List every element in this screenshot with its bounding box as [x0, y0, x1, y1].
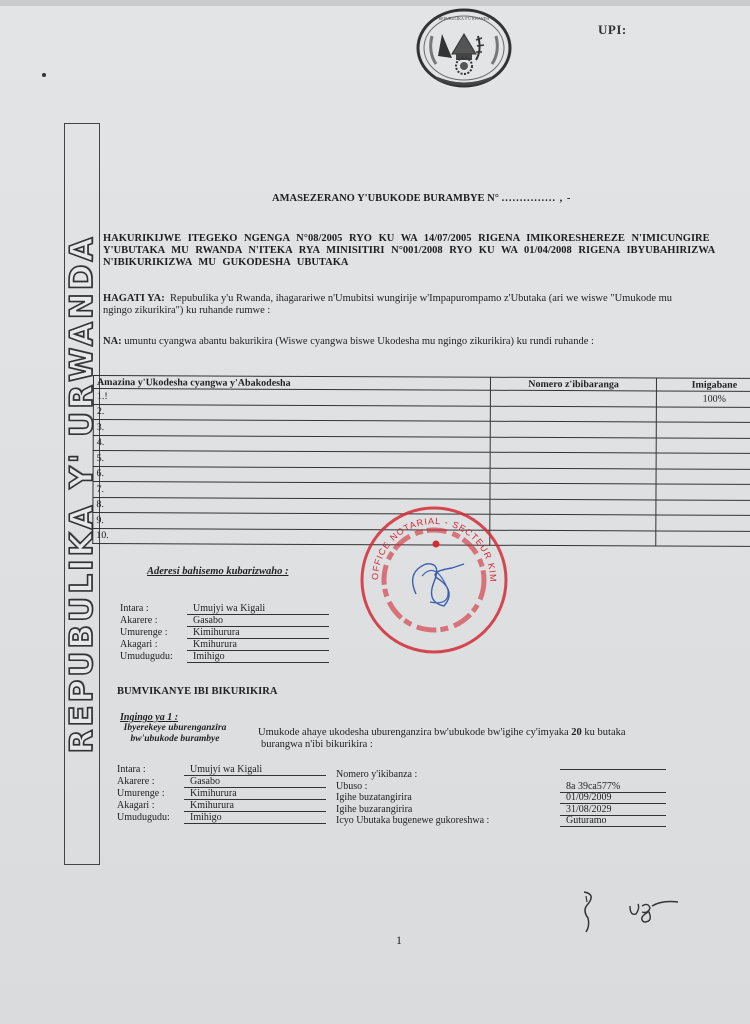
law-line-1: HAKURIKIJWE ITEGEKO NGENGA N°08/2005 RYO… [103, 233, 750, 245]
article-subtitle: Ibyerekeye uburenganzira bw'ubukode bura… [110, 723, 240, 745]
svg-text:REPUBULIKA Y'U RWANDA: REPUBULIKA Y'U RWANDA [439, 16, 490, 21]
land-detail-field-label: Nomero y'ikibanza : [336, 769, 417, 780]
notary-stamp-icon: OFFICE NOTARIAL - SECTEUR KIMIHURURA [356, 502, 512, 658]
document-title: AMASEZERANO Y'UBUKODE BURAMBYE N° ......… [272, 193, 571, 204]
header-id-numbers: Nomero z'ibibaranga [491, 377, 657, 391]
party-lessor: HAGATI YA: Repubulika y'u Rwanda, ihagar… [103, 293, 750, 317]
land-location-field-label: Umurenge : [117, 788, 165, 799]
header-shares: Imigabane [656, 378, 750, 392]
owner-id-cell [490, 499, 656, 515]
svg-text:OFFICE NOTARIAL - SECTEUR KIMI: OFFICE NOTARIAL - SECTEUR KIMIHURURA [356, 502, 498, 583]
owner-id-cell [490, 530, 656, 546]
land-location-field-label: Umudugudu: [117, 812, 170, 823]
law-line-2: Y'UBUTAKA MU RWANDA N'ITEKA RYA MINISITI… [103, 245, 750, 257]
land-detail-field-value: Guturamo [560, 815, 666, 827]
law-line-3: N'IBIKURIKIZWA MU GUKODESHA UBUTAKA [103, 257, 750, 269]
land-detail-field-label: Icyo Ubutaka bugenewe gukoreshwa : [336, 815, 489, 826]
owner-share-cell [656, 437, 750, 453]
na-label: NA: [103, 336, 122, 347]
title-text: AMASEZERANO Y'UBUKODE BURAMBYE N° [272, 193, 499, 204]
owner-name-cell: 3. [93, 420, 490, 437]
land-detail-field-label: Igihe buzatangirira [336, 792, 412, 803]
stamp-text: OFFICE NOTARIAL - SECTEUR KIMIHURURA [356, 502, 498, 583]
address-title: Aderesi bahisemo kubarizwaho : [147, 566, 288, 577]
address-field-label: Akagari : [120, 639, 158, 650]
owner-share-cell [656, 453, 750, 469]
article-clause: Umukode ahaye ukodesha uburenganzira bw'… [258, 727, 678, 751]
owner-name-cell: 4. [93, 435, 490, 452]
address-field-label: Umurenge : [120, 627, 168, 638]
hagati-text-2: ngingo zikurikira") ku ruhande rumwe : [103, 305, 750, 317]
owner-share-cell: 100% [656, 391, 750, 407]
rwanda-coat-of-arms-icon: REPUBULIKA Y'U RWANDA [414, 6, 514, 94]
punch-mark [42, 73, 46, 77]
owner-name-cell: 7. [93, 482, 490, 499]
handwritten-initials-icon [578, 888, 688, 938]
owner-id-cell [490, 483, 656, 499]
land-location-field-label: Akarere : [117, 776, 154, 787]
address-field-value: Gasabo [187, 615, 329, 627]
address-field-value: Kmihurura [187, 639, 329, 651]
land-location-field-value: Kmihurura [184, 800, 326, 812]
owner-share-cell [656, 468, 750, 484]
address-field-label: Intara : [120, 603, 149, 614]
land-detail-field-value: 31/08/2029 [560, 804, 666, 816]
hagati-label: HAGATI YA: [103, 293, 165, 304]
land-location-field-value: Imihigo [184, 812, 326, 824]
owner-share-cell [656, 515, 750, 531]
land-detail-field-value [560, 769, 666, 770]
lease-years: 20 [571, 727, 582, 738]
na-text: umuntu cyangwa abantu bakurikira (Wiswe … [124, 336, 594, 347]
address-field-label: Akarere : [120, 615, 157, 626]
owner-id-cell [491, 421, 657, 437]
owner-id-cell [490, 514, 656, 530]
owner-share-cell [656, 422, 750, 438]
address-field-value: Umujyi wa Kigali [187, 603, 329, 615]
owner-name-cell: 5. [93, 451, 490, 468]
owner-name-cell: 6. [93, 466, 490, 483]
land-detail-field-value: 01/09/2009 [560, 792, 666, 804]
section-title: BUMVIKANYE IBI BIKURIKIRA [117, 686, 277, 697]
land-location-field-label: Intara : [117, 764, 146, 775]
law-reference: HAKURIKIJWE ITEGEKO NGENGA N°08/2005 RYO… [103, 233, 750, 269]
party-lessee: NA: umuntu cyangwa abantu bakurikira (Wi… [103, 336, 594, 347]
owner-id-cell [490, 452, 656, 468]
land-location-field-value: Kimihurura [184, 788, 326, 800]
land-location-field-label: Akagari : [117, 800, 155, 811]
owner-share-cell [656, 484, 750, 500]
address-field-value: Imihigo [187, 651, 329, 663]
owner-id-cell [491, 437, 657, 453]
owner-share-cell [656, 406, 750, 422]
owner-name-cell: 1.! [93, 389, 490, 406]
hagati-text-1: Repubulika y'u Rwanda, ihagarariwe n'Umu… [170, 293, 672, 304]
page-number: 1 [396, 933, 402, 948]
owner-id-cell [491, 406, 657, 422]
owner-share-cell [656, 499, 750, 515]
article-label: Ingingo ya 1 : [120, 712, 178, 723]
land-location-field-value: Umujyi wa Kigali [184, 764, 326, 776]
address-field-label: Umudugudu: [120, 651, 173, 662]
owner-id-cell [491, 390, 657, 406]
owner-share-cell [656, 530, 750, 546]
owner-id-cell [490, 468, 656, 484]
contract-number-field: ............... , - [502, 193, 572, 204]
owner-name-cell: 2. [93, 404, 490, 421]
land-detail-field-label: Igihe buzarangirira [336, 804, 412, 815]
land-detail-field-label: Ubuso : [336, 781, 367, 792]
land-location-field-value: Gasabo [184, 776, 326, 788]
page-top-edge [0, 0, 750, 6]
land-detail-field-value: 8a 39ca577% [560, 781, 666, 793]
address-field-value: Kimihurura [187, 627, 329, 639]
upi-label: UPI: [598, 22, 627, 38]
